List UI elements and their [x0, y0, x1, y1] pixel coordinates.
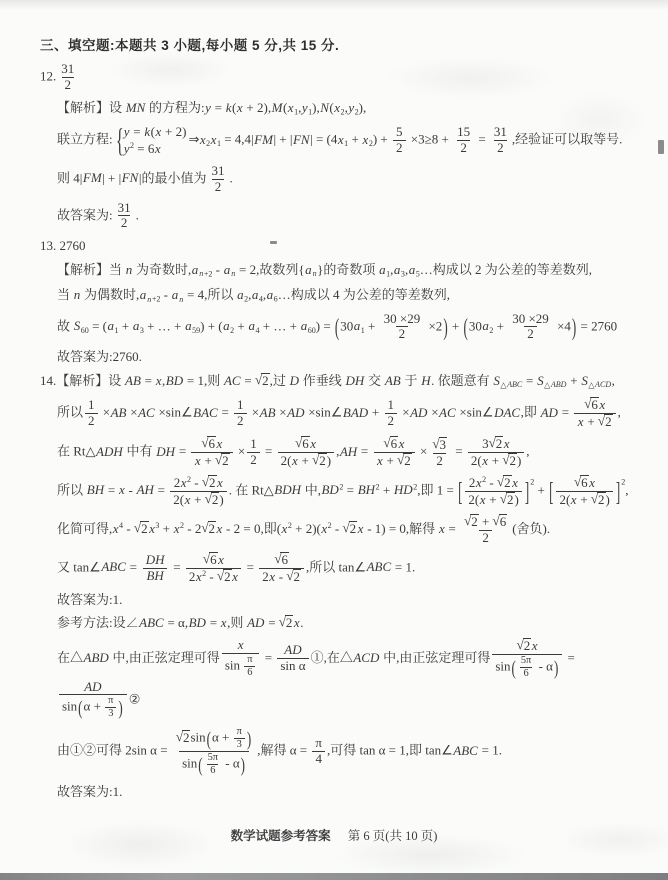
fraction-denominator: 3	[234, 738, 245, 751]
text-run: 2	[460, 140, 467, 155]
math-run: 2x -	[262, 569, 286, 584]
radical-sign-icon: √	[584, 397, 591, 412]
fraction-numerator: π	[244, 654, 255, 666]
text-run: 交	[365, 373, 385, 388]
stretch-delimiter: (	[464, 315, 468, 340]
fraction: 312	[491, 125, 510, 156]
solution-12-equations: 联立方程:{y = k(x + 2)y2 = 6x⇒x2x1 = 4,4|FM|…	[40, 124, 642, 158]
radicand: 2	[261, 373, 270, 388]
fraction-numerator: π	[312, 736, 325, 751]
text-run: 6	[581, 475, 588, 490]
text-run: 13. 2760	[40, 238, 86, 253]
math-run: x - 2 = 0,即(x	[216, 521, 288, 536]
fraction: √6xx + √2	[574, 397, 615, 430]
text-run: 6	[208, 436, 215, 451]
radical: √2	[202, 475, 217, 490]
math-run: x.	[293, 615, 303, 630]
stretch-delimiter: (	[198, 755, 202, 775]
text-run: …构成以 4 为公差的等差数列,	[278, 287, 450, 302]
math-run: ,即 1 =	[417, 482, 457, 497]
fraction: 312	[115, 201, 134, 232]
math-run: +	[479, 514, 493, 529]
fraction-denominator: 2	[212, 179, 225, 195]
math-run: 2x	[469, 475, 482, 490]
text-run: 2	[524, 638, 531, 653]
math-run: =	[261, 650, 275, 665]
math-run: sin α	[280, 658, 305, 673]
text-run: ,则	[227, 615, 247, 630]
math-run: AD	[284, 642, 302, 657]
radical: √2	[279, 615, 294, 630]
text-run: 5π	[521, 655, 531, 666]
math-run: x	[589, 475, 596, 490]
radical-sign-icon: √	[517, 638, 524, 653]
math-run: AD =	[247, 615, 279, 630]
fraction-denominator: 2	[393, 140, 406, 156]
text-run: 参考方法:设	[57, 615, 126, 630]
math-run: sin	[182, 756, 197, 771]
fraction: 312	[58, 62, 77, 93]
solution-14-area: 所以12 ×AB ×AC ×sin∠BAC = 12 ×AB ×AD ×sin∠…	[40, 397, 642, 430]
scan-artifact	[270, 241, 277, 244]
math-run: -	[332, 521, 343, 536]
answer-14-final: 故答案为:1.	[40, 591, 642, 609]
answer-14-alt-final: 故答案为:1.	[40, 783, 642, 801]
fraction-numerator: √6	[271, 552, 292, 568]
fraction: π3	[234, 726, 245, 751]
math-run: DH =	[156, 444, 190, 459]
text-run: 所以	[57, 482, 86, 497]
math-run: -	[123, 521, 134, 536]
text-run: 31	[211, 163, 224, 178]
text-run: 2	[212, 492, 219, 507]
stretch-delimiter: (	[78, 698, 82, 718]
math-run: + 2)(x	[292, 521, 328, 536]
math-run: -	[486, 475, 497, 490]
fraction-denominator: 3	[105, 707, 116, 720]
radical-sign-icon: √	[343, 519, 350, 537]
text-run: ,所以	[204, 287, 237, 302]
radicand: 6	[301, 436, 310, 451]
math-run: ×AB ×AC ×sin∠BAC =	[100, 405, 233, 420]
fraction: 5π6	[518, 655, 534, 680]
fraction-denominator: 2	[396, 326, 409, 342]
radicand: 6	[209, 552, 218, 567]
stretch-delimiter: )	[443, 315, 447, 340]
math-run: +	[365, 318, 379, 333]
radicand: 2	[604, 414, 613, 429]
math-run: x	[237, 637, 244, 652]
fraction-numerator: √2sin(α + π3)	[173, 726, 255, 751]
radical: √2	[598, 414, 613, 429]
subscript: △ABD	[544, 380, 567, 389]
math-run: - α	[222, 756, 240, 771]
radical-sign-icon: √	[286, 569, 293, 584]
text-run: 依题意有	[434, 373, 493, 388]
text-run: 2	[237, 413, 244, 428]
text-run: 2	[527, 326, 534, 341]
stretch-delimiter: )	[241, 755, 245, 775]
math-run: = 4,4|FM| + |FN| = (4x	[221, 132, 344, 147]
radical: √6	[203, 552, 218, 567]
fraction-numerator: 31	[208, 164, 227, 179]
math-run: ),	[359, 100, 367, 115]
math-run: ×2	[425, 318, 442, 333]
fraction: π3	[105, 695, 116, 720]
stretch-delimiter: (	[207, 729, 211, 749]
math-run: AC =	[223, 373, 254, 388]
math-run: ,y	[345, 100, 355, 115]
solution-14-sine-rule: 在△ABD 中,由正弦定理可得xsin π6 = ADsin α①,在△ACD …	[40, 638, 642, 721]
text-run: 6	[523, 668, 528, 679]
radicand: 2	[508, 453, 517, 468]
math-run: ,解得 α =	[257, 743, 310, 758]
fraction: 30 ×292	[509, 312, 552, 343]
fraction: xsin π6	[222, 638, 260, 679]
answer-12: 12.312	[40, 62, 642, 93]
radical-sign-icon: √	[203, 552, 210, 567]
radical: √2	[134, 521, 149, 536]
math-run: )	[515, 492, 519, 507]
page-footer: 数学试题参考答案 第 6 页(共 10 页)	[0, 826, 668, 844]
fraction-denominator: sin π6	[222, 653, 260, 679]
math-run: + a	[234, 318, 255, 333]
text-run: ②	[129, 691, 141, 706]
scan-artifact	[658, 140, 664, 154]
math-run: ,	[526, 444, 529, 459]
fraction-denominator: 4	[312, 751, 325, 767]
math-run: ×3≥8 +	[408, 132, 453, 147]
fraction: √6x2(x + √2)	[278, 436, 334, 469]
text-run: 【解析】设	[57, 100, 125, 115]
fraction-denominator: x + √2	[374, 452, 415, 469]
math-run: sin	[225, 658, 243, 673]
text-run: 6	[500, 514, 507, 529]
stretch-delimiter: ]	[616, 478, 620, 504]
math-run: x	[217, 475, 224, 490]
text-run: 2	[509, 453, 516, 468]
text-run: 2	[598, 492, 605, 507]
radical: √2	[497, 475, 512, 490]
radical-sign-icon: √	[574, 475, 581, 490]
math-run: =	[564, 650, 575, 665]
cases-row: y = k(x + 2)	[123, 124, 186, 140]
radicand: 2	[140, 521, 149, 536]
radical-sign-icon: √	[497, 475, 504, 490]
math-run: 2x	[174, 475, 187, 490]
fraction-denominator: 2(x + √2)	[170, 491, 226, 508]
radicand: 2	[470, 514, 479, 529]
fraction-numerator: 15	[454, 125, 473, 140]
text-run: (舍负).	[512, 521, 550, 536]
math-run: sin	[495, 658, 510, 673]
subscript: 59	[192, 325, 200, 334]
stretch-delimiter: [	[458, 478, 462, 504]
text-run: 2	[222, 453, 229, 468]
math-run: ∠ABC = α,BD = x	[126, 615, 227, 630]
fraction-denominator: 2	[385, 413, 398, 429]
fraction-denominator: 2	[247, 452, 260, 468]
text-run: 2	[471, 514, 478, 529]
text-run: 2	[605, 414, 612, 429]
bottom-scan-bar	[0, 873, 668, 880]
math-run: x +	[377, 453, 398, 468]
footer-doc-title: 数学试题参考答案	[231, 829, 331, 843]
text-run: 2	[436, 453, 443, 468]
fraction-denominator: 2	[433, 453, 446, 469]
radical-sign-icon: √	[464, 514, 471, 529]
radical: √2	[517, 638, 532, 653]
fraction: 5π6	[205, 752, 221, 777]
radical: √2	[176, 730, 191, 745]
text-run: ①,在△	[311, 650, 353, 665]
text-run: 2	[482, 530, 489, 545]
math-run: 2(x +	[559, 492, 590, 507]
text-run: 6	[391, 436, 398, 451]
radical: √2	[205, 492, 220, 507]
radicand: 3	[439, 437, 448, 452]
math-run: S	[73, 318, 81, 333]
radical-sign-icon: √	[202, 475, 209, 490]
math-run: x	[232, 569, 239, 584]
radicand: 6	[499, 514, 508, 529]
math-run: 2(x +	[468, 492, 499, 507]
text-run: 31	[494, 124, 507, 139]
text-run: 6	[210, 552, 217, 567]
radical-sign-icon: √	[205, 492, 212, 507]
radicand: 2	[523, 638, 532, 653]
text-run: 2	[404, 453, 411, 468]
math-run: + … + a	[260, 318, 308, 333]
footer-page-indicator: 第 6 页(共 10 页)	[348, 829, 438, 843]
radical: √2	[286, 569, 301, 584]
fraction-denominator: BH	[143, 568, 167, 584]
text-run: 31	[118, 200, 131, 215]
math-run: x	[512, 475, 519, 490]
fraction: 312	[208, 164, 227, 195]
text-run: 5	[396, 124, 403, 139]
math-run: ACD	[353, 650, 380, 665]
math-run: + x	[159, 521, 180, 536]
math-run: DH	[345, 373, 365, 388]
fraction: 2x2 - √2x2(x + √2)	[170, 475, 226, 508]
fraction: √6x2x2 - √2x	[186, 552, 242, 585]
math-run: 2x	[189, 569, 202, 584]
math-run: a	[379, 262, 387, 277]
solution-14-alt: 参考方法:设∠ABC = α,BD = x,则 AD = √2x.	[40, 614, 642, 632]
math-run: + S	[567, 373, 588, 388]
stretch-delimiter: )	[247, 729, 251, 749]
text-run: 2	[507, 492, 514, 507]
radical-sign-icon: √	[383, 436, 390, 451]
fraction-numerator: √6x	[292, 436, 319, 452]
text-run: 作垂线	[300, 373, 346, 388]
math-run: 2(x +	[281, 453, 312, 468]
stretch-delimiter: )	[572, 315, 576, 340]
math-run: =	[452, 444, 466, 459]
fraction-denominator: 2	[479, 530, 492, 546]
math-run: )	[219, 492, 223, 507]
math-run: x	[310, 436, 317, 451]
text-run: 6	[281, 552, 288, 567]
math-run: - a	[160, 287, 178, 302]
text-run: .	[136, 207, 139, 222]
text-run: 2	[209, 521, 216, 536]
fraction: √6xx + √2	[191, 436, 232, 469]
math-run: n	[73, 287, 81, 302]
answer-12-final: 故答案为:312.	[40, 201, 642, 232]
fraction: 2x2 - √2x2(x + √2)	[465, 475, 521, 508]
cases-group: {y = k(x + 2)y2 = 6x	[115, 124, 187, 158]
math-run: =	[475, 132, 489, 147]
radical-sign-icon: √	[134, 519, 141, 537]
math-run: = 4	[184, 287, 204, 302]
math-run: + x	[348, 132, 369, 147]
radicand: 6	[390, 436, 399, 451]
text-run: 1	[237, 397, 244, 412]
text-run: 2	[183, 730, 190, 745]
fraction-numerator: 1	[385, 398, 398, 413]
math-run: ,a	[248, 287, 259, 302]
math-run: ,a	[390, 262, 401, 277]
radicand: 2	[597, 492, 606, 507]
subscript: n+2	[147, 295, 161, 304]
radical-sign-icon: √	[312, 453, 319, 468]
fraction: DHBH	[142, 553, 168, 584]
subscript: △ACD	[588, 380, 611, 389]
radical-sign-icon: √	[295, 436, 302, 451]
radical: √6	[574, 475, 589, 490]
text-run: 在△	[57, 650, 83, 665]
text-run: 2	[497, 140, 504, 155]
solution-13-even: 当 n 为偶数时,an+2 - an = 4,所以 a2,a4,a6…构成以 4…	[40, 286, 642, 305]
text-run: 6	[591, 397, 598, 412]
text-run: 的方程为:	[146, 100, 205, 115]
cases-row: y2 = 6x	[123, 141, 186, 157]
math-run: x +	[577, 414, 598, 429]
radical-sign-icon: √	[432, 437, 439, 452]
text-run: 又	[57, 559, 73, 574]
scanned-answer-page: 三、填空题:本题共 3 小题,每小题 5 分,共 15 分. 12.312【解析…	[0, 0, 668, 880]
math-run: = 6x	[134, 141, 161, 156]
math-run: + … + a	[144, 318, 192, 333]
math-run: x	[503, 436, 510, 451]
radical-sign-icon: √	[201, 519, 208, 537]
radical: √2	[500, 492, 515, 507]
math-run: 2sin α =	[125, 743, 171, 758]
math-run: =	[243, 559, 257, 574]
fraction-denominator: sin α	[277, 658, 308, 674]
math-run: ,所以 tan∠ABC = 1.	[306, 559, 415, 574]
fraction: √6xx + √2	[374, 436, 415, 469]
fraction: √32	[429, 437, 450, 469]
fraction-denominator: 2x - √2	[259, 568, 304, 585]
text-run: ,故数列{	[256, 262, 305, 277]
radicand: 2	[318, 453, 327, 468]
text-run: 15	[457, 124, 470, 139]
math-run: +	[534, 482, 548, 497]
text-run: 联立方程:	[57, 132, 113, 147]
math-run: x - 1) = 0,解得 x =	[357, 521, 459, 536]
solution-12-setup: 【解析】设 MN 的方程为:y = k(x + 2),M(x1,y1),N(x2…	[40, 99, 642, 118]
stretch-delimiter: [	[549, 478, 553, 504]
fraction-numerator: 30 ×29	[509, 312, 552, 327]
subscript: △ABC	[500, 380, 522, 389]
radical-sign-icon: √	[217, 569, 224, 584]
solution-12-min: 则 4|FM| + |FN|的最小值为312.	[40, 164, 642, 195]
fraction-numerator: √2 + √6	[461, 514, 510, 530]
fraction-denominator: sin(α + π3)	[59, 694, 127, 720]
text-run: 2	[250, 452, 257, 467]
text-run: }的奇数项	[317, 262, 379, 277]
text-run: 的最小值为	[141, 170, 206, 185]
subscript: n+2	[199, 269, 213, 278]
fraction-numerator: π	[234, 726, 245, 738]
math-run: 2(x +	[173, 492, 204, 507]
text-run: ,过	[270, 373, 290, 388]
fraction-denominator: 2(x + √2)	[468, 452, 524, 469]
radical: √2	[215, 453, 230, 468]
text-run: 2	[496, 436, 503, 451]
text-run: 6	[302, 436, 309, 451]
math-run: )	[327, 453, 331, 468]
math-run: + HD	[380, 482, 414, 497]
text-run: 2	[262, 373, 269, 388]
math-run: x	[210, 132, 217, 147]
math-run: tan∠ABC =	[73, 559, 140, 574]
section-header: 三、填空题:本题共 3 小题,每小题 5 分,共 15 分.	[40, 34, 642, 54]
radicand: 2	[506, 492, 515, 507]
math-run: sin	[62, 699, 77, 714]
math-run: Rt△ADH	[73, 444, 123, 459]
math-run: x	[531, 638, 538, 653]
math-run: AB	[384, 373, 401, 388]
math-run: ,	[625, 482, 628, 497]
radicand: 6	[580, 475, 589, 490]
text-run: 2	[350, 521, 357, 536]
text-run: …构成以 2 为公差的等差数列,	[420, 262, 592, 277]
radical-sign-icon: √	[598, 414, 605, 429]
fraction-numerator: √3	[429, 437, 450, 453]
math-run: BH	[146, 568, 164, 583]
text-run: 2	[209, 475, 216, 490]
math-run: ×4	[554, 318, 571, 333]
math-run: 4|FM| + |FN|	[73, 170, 141, 185]
fraction-denominator: x + √2	[191, 452, 232, 469]
fraction: π4	[312, 736, 325, 767]
text-run: 3	[108, 708, 113, 719]
math-run: 30a	[469, 318, 490, 333]
radical-sign-icon: √	[215, 453, 222, 468]
fraction: ADsin(α + π3)	[59, 680, 127, 721]
text-run: 12.	[40, 68, 56, 83]
radical: √2	[343, 521, 358, 536]
math-run: ⇒x	[188, 132, 206, 147]
radical: √6	[383, 436, 398, 451]
fraction-numerator: 1	[234, 398, 247, 413]
radical-sign-icon: √	[500, 492, 507, 507]
text-run: 4	[315, 751, 322, 766]
math-run: AD	[84, 679, 102, 694]
solution-14-simplify: 化简可得,x4 - √2x3 + x2 - 2√2x - 2 = 0,即(x2 …	[40, 514, 642, 546]
math-run: = (a	[89, 318, 115, 333]
text-run: 14.【解析】设	[40, 373, 125, 388]
text-run: 30 ×29	[512, 311, 549, 326]
fraction-denominator: 2	[234, 413, 247, 429]
fraction: √2xsin(5π6 - α)	[492, 638, 562, 680]
subscript: 60	[308, 325, 316, 334]
fraction-denominator: 2	[62, 77, 75, 93]
